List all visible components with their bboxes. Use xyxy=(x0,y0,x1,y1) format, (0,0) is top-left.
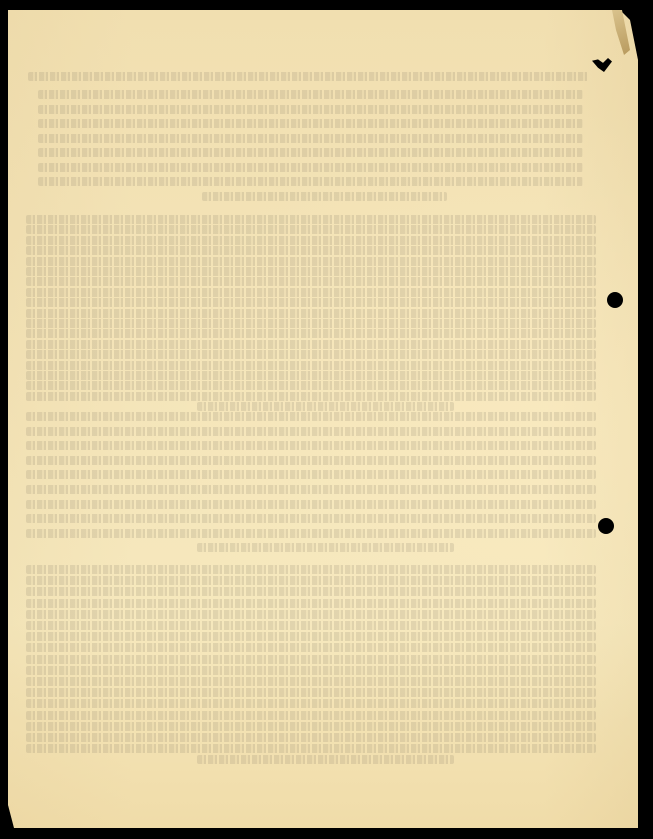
bleed-line xyxy=(26,246,596,255)
bleed-line xyxy=(38,163,583,172)
bleed-line xyxy=(26,621,596,630)
bleed-line xyxy=(26,381,596,390)
bleed-line xyxy=(26,267,596,276)
bleed-line xyxy=(26,225,596,234)
bleed-line xyxy=(26,350,596,359)
bleed-line xyxy=(26,298,596,307)
bleed-line xyxy=(26,576,596,585)
bleed-line xyxy=(26,412,596,421)
bleed-line xyxy=(26,733,596,742)
bleed-line xyxy=(38,119,583,128)
bleed-line xyxy=(38,90,583,99)
bleed-line xyxy=(26,599,596,608)
bleed-line xyxy=(202,192,447,201)
bleed-line xyxy=(26,257,596,266)
bleed-line xyxy=(26,309,596,318)
punch-hole-upper xyxy=(607,292,623,308)
bleed-line xyxy=(26,529,596,538)
bleed-line xyxy=(197,755,454,764)
bleed-line xyxy=(26,711,596,720)
bleed-line xyxy=(26,371,596,380)
bleed-line xyxy=(26,500,596,509)
bleed-line xyxy=(38,177,583,186)
bleed-line xyxy=(26,470,596,479)
bleed-line xyxy=(26,485,596,494)
bleed-line xyxy=(26,632,596,641)
bleed-line xyxy=(26,441,596,450)
bleed-line xyxy=(26,277,596,286)
bleed-line xyxy=(26,744,596,753)
bleed-line xyxy=(26,361,596,370)
bleed-line xyxy=(26,319,596,328)
document-page xyxy=(8,10,638,828)
bleed-line xyxy=(38,148,583,157)
bleed-line xyxy=(26,722,596,731)
bleed-line xyxy=(26,456,596,465)
bleed-line xyxy=(26,514,596,523)
bleed-line xyxy=(26,329,596,338)
bleed-line xyxy=(38,105,583,114)
bleed-line xyxy=(197,402,454,411)
bleed-line xyxy=(26,565,596,574)
bleed-line xyxy=(26,587,596,596)
bleed-line xyxy=(26,666,596,675)
bleed-line xyxy=(26,215,596,224)
bleed-line xyxy=(26,288,596,297)
bleed-line xyxy=(26,643,596,652)
bleed-line xyxy=(26,392,596,401)
bleed-line xyxy=(26,610,596,619)
bleed-line xyxy=(197,543,454,552)
bleed-line xyxy=(26,655,596,664)
bleed-line xyxy=(26,677,596,686)
bleed-line xyxy=(26,688,596,697)
bleed-line xyxy=(26,427,596,436)
bleed-line xyxy=(38,134,583,143)
bleed-line xyxy=(26,236,596,245)
punch-hole-lower xyxy=(598,518,614,534)
bleed-line xyxy=(26,340,596,349)
bleed-line xyxy=(26,699,596,708)
